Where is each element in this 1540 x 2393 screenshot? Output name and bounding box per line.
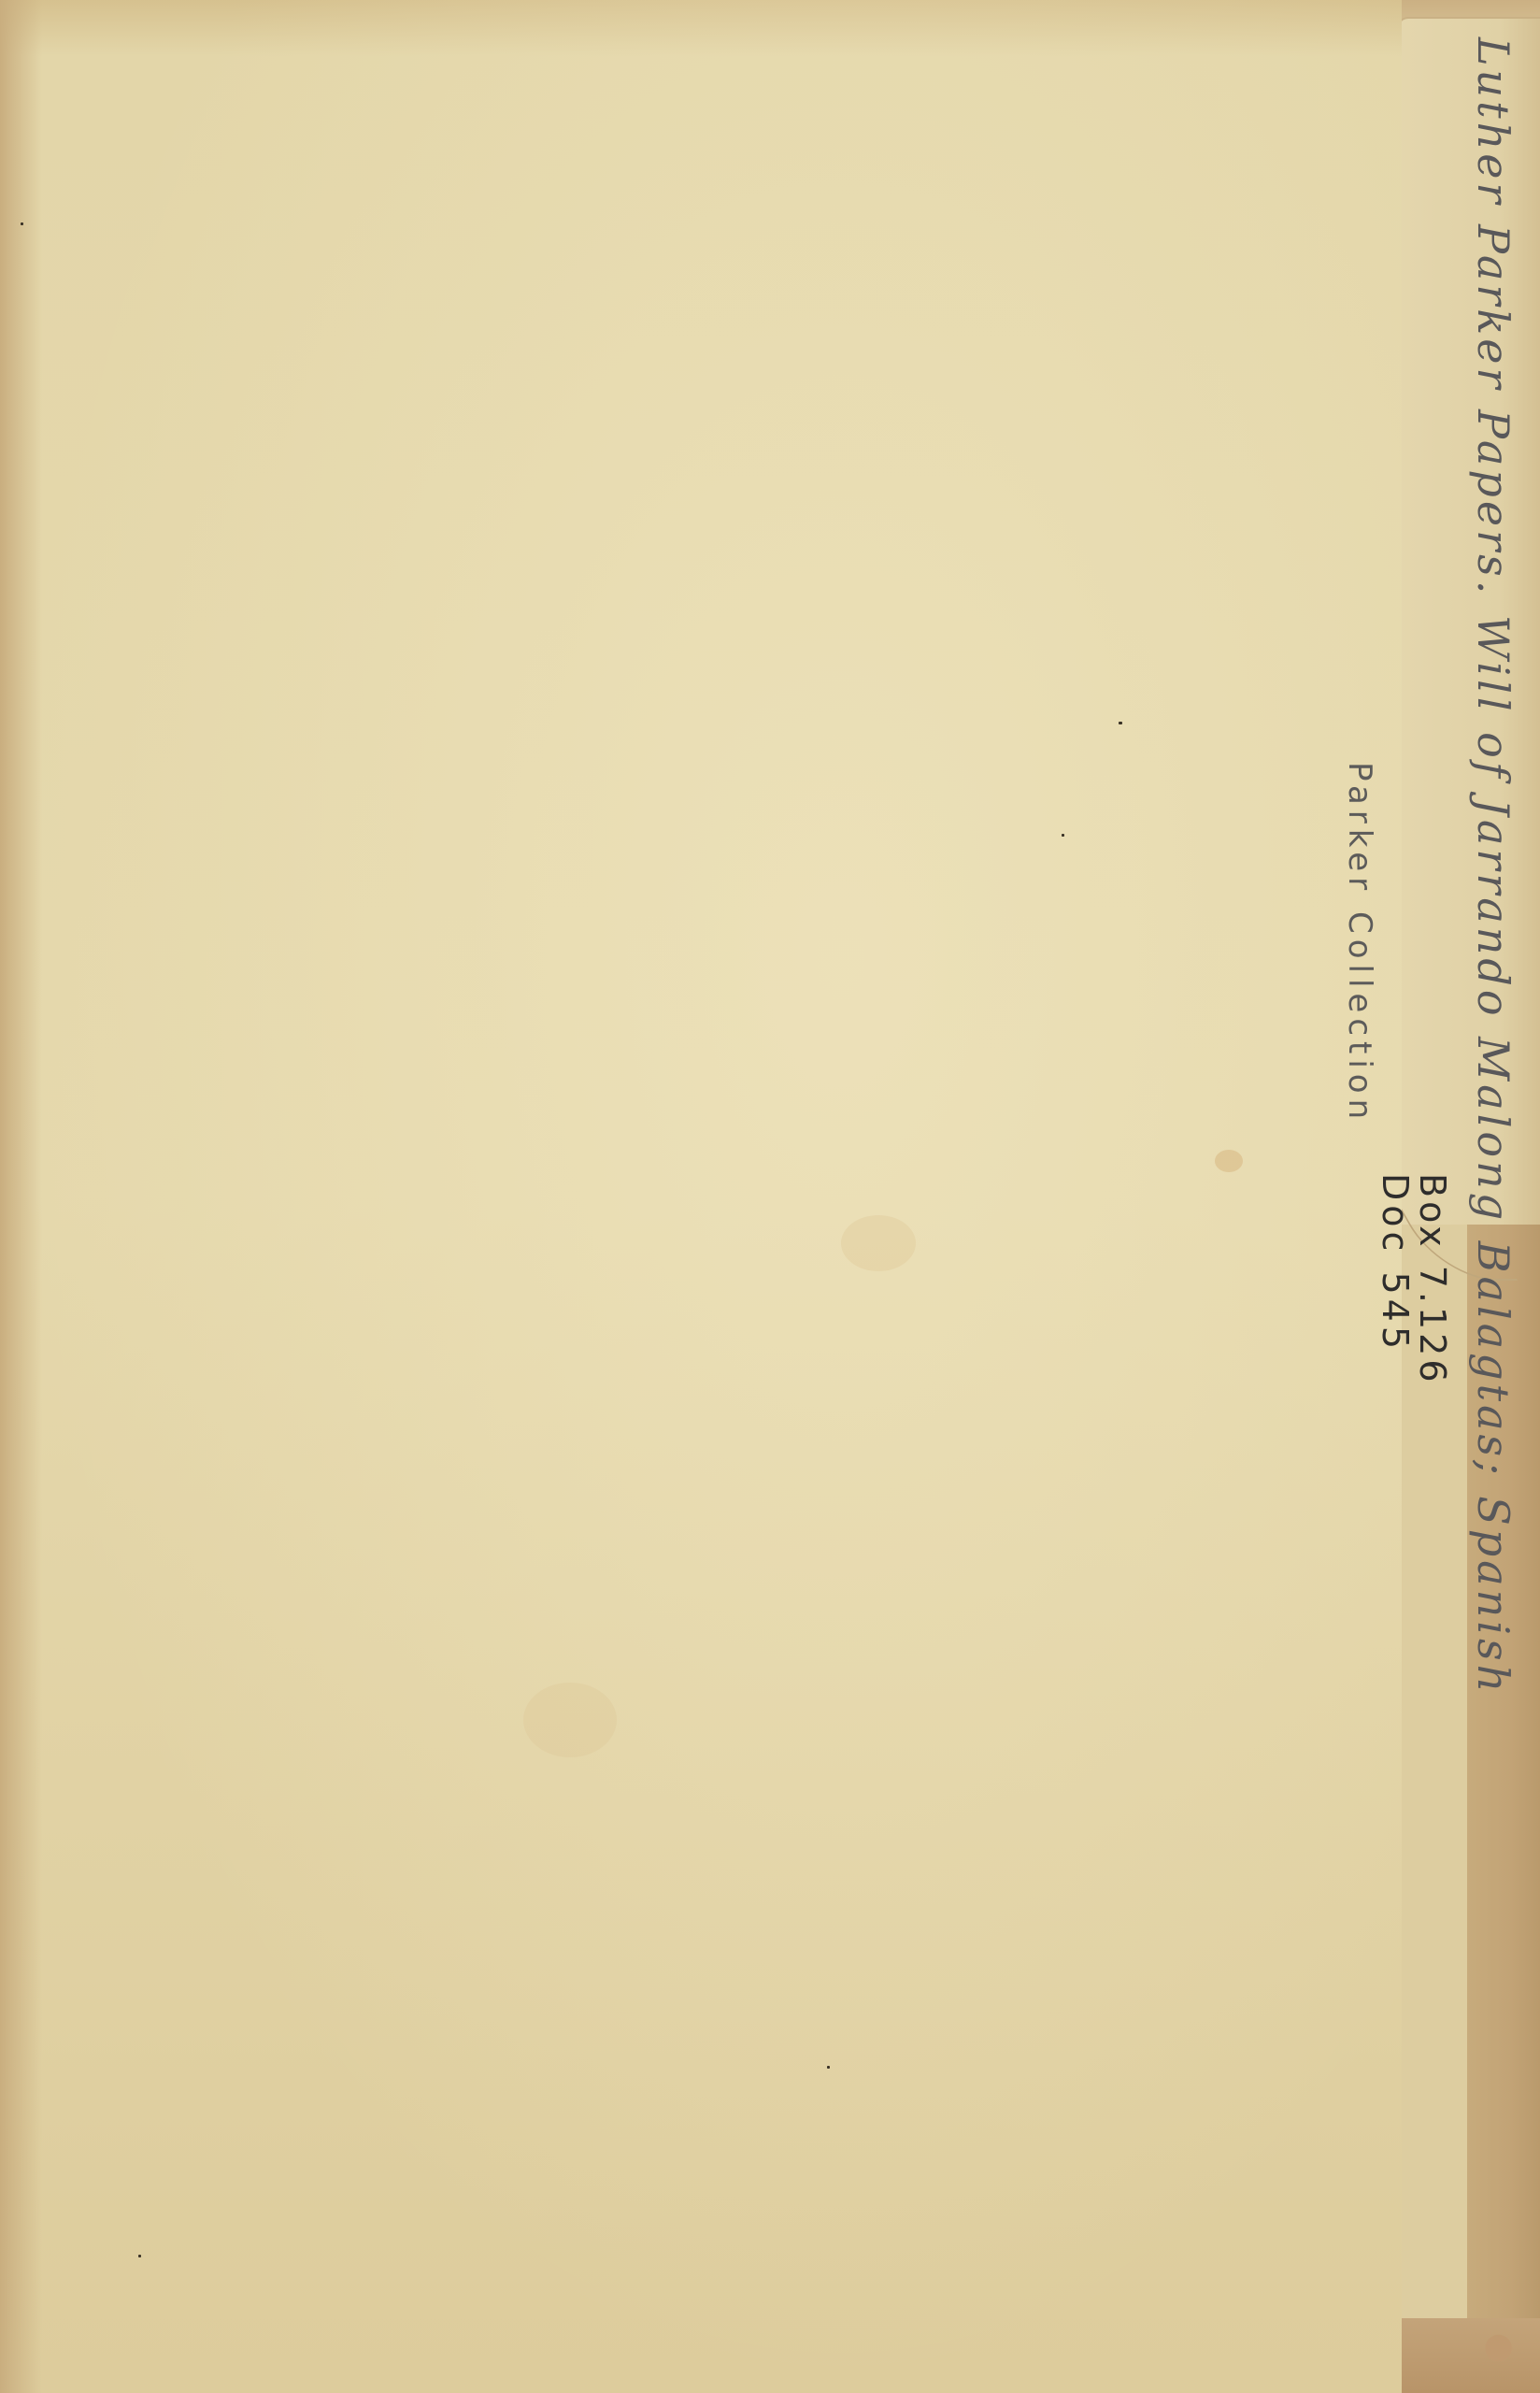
paper-speck bbox=[827, 2066, 830, 2069]
tab-title-label: Luther Parker Papers. Will of Jarrando M… bbox=[1468, 37, 1519, 1696]
paper-stain bbox=[523, 1683, 617, 1757]
paper-stain bbox=[1215, 1150, 1243, 1172]
paper-speck bbox=[1119, 722, 1122, 724]
paper-speck bbox=[21, 222, 23, 225]
folder-back-corner bbox=[1402, 2318, 1540, 2393]
box-number-label: Box 7.126 bbox=[1412, 1173, 1453, 1386]
paper-stain bbox=[841, 1215, 916, 1271]
folder-front-page bbox=[0, 0, 1402, 2393]
collection-label: Parker Collection bbox=[1341, 762, 1378, 1125]
document-scan: Luther Parker Papers. Will of Jarrando M… bbox=[0, 0, 1540, 2393]
paper-speck bbox=[138, 2255, 141, 2257]
document-number-label: Doc 545 bbox=[1375, 1173, 1416, 1354]
paper-speck bbox=[1062, 834, 1064, 837]
